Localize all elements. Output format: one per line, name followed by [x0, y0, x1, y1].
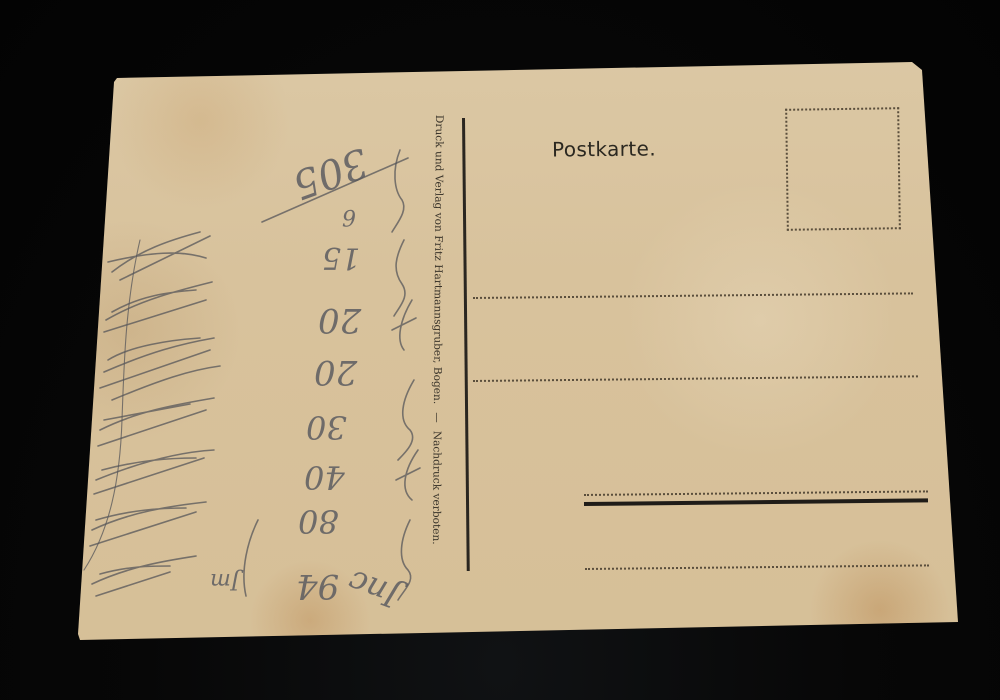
imprint-publisher: Druck und Verlag von Fritz Hartmannsgrub… [431, 115, 445, 404]
publisher-imprint: Druck und Verlag von Fritz Hartmannsgrub… [429, 115, 446, 575]
vertical-divider-line [462, 118, 470, 571]
pencil-total: 305 [286, 138, 373, 207]
pencil-number-1: 6 [342, 204, 356, 229]
pencil-number-2: 15 [322, 240, 360, 275]
photo-scene: Postkarte. Druck und Verlag von Fritz Ha… [0, 0, 1000, 700]
pencil-number-5: 30 [306, 408, 347, 446]
pencil-number-6: 40 [304, 458, 345, 496]
pencil-number-8: 94 [296, 566, 339, 606]
imprint-separator: — [431, 412, 443, 423]
address-line-4-solid [584, 498, 928, 506]
pencil-number-4: 20 [314, 352, 357, 392]
pencil-word-bottom: Jnc [343, 562, 404, 615]
pencil-scribbles [0, 0, 1000, 700]
address-line-2 [473, 375, 918, 382]
pencil-number-3: 20 [318, 300, 361, 340]
pencil-abbreviation: Jm [210, 568, 240, 593]
imprint-notice: Nachdruck verboten. [430, 431, 443, 545]
postcard-title: Postkarte. [552, 136, 656, 161]
postcard: Postkarte. Druck und Verlag von Fritz Ha… [0, 0, 1000, 700]
address-line-1 [473, 292, 913, 299]
address-line-5 [585, 564, 929, 570]
pencil-number-7: 80 [298, 502, 339, 540]
stamp-placeholder-box [785, 107, 901, 231]
address-line-3 [584, 490, 928, 496]
